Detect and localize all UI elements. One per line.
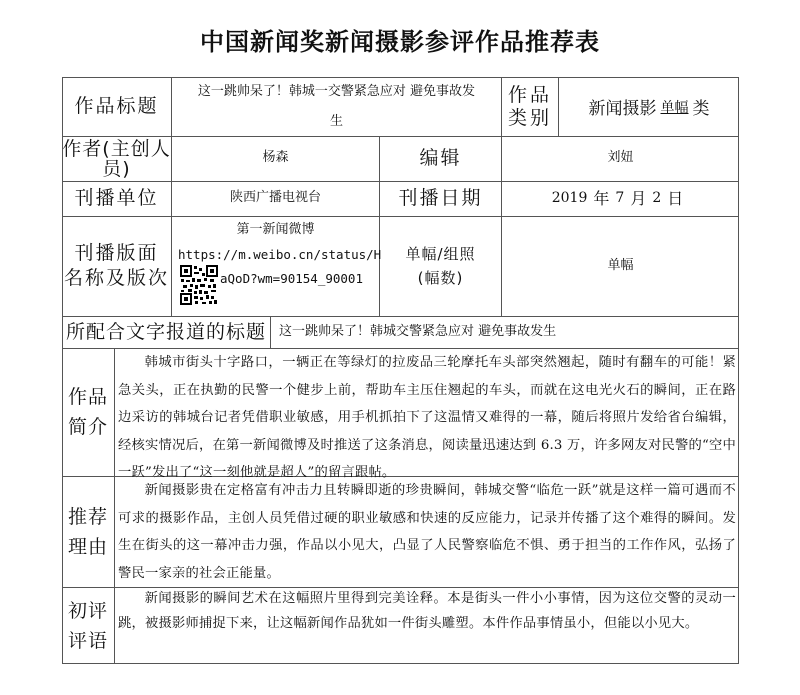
editor-label: 编辑 [380, 136, 501, 181]
author-label-line2: 员) [102, 159, 130, 179]
review-text: 新闻摄影的瞬间艺术在这幅照片里得到完美诠释。本是街头一件小小事情，因为这位交警的… [118, 586, 736, 636]
review-label-line1: 初评 [68, 596, 108, 626]
photo-type-value: 单幅 [502, 216, 739, 316]
author-value: 杨森 [172, 136, 379, 181]
category-suffix: 类 [693, 94, 710, 119]
summary-label-line1: 作品 [68, 382, 108, 412]
publisher-label: 刊播单位 [62, 181, 171, 216]
photo-type-label: 单幅/组照 (幅数) [380, 216, 501, 316]
category-prefix: 新闻摄影 [589, 94, 657, 119]
qr-code-icon [180, 265, 218, 305]
work-title-line2: 生 [330, 107, 343, 137]
date-day: 2 [652, 187, 661, 209]
summary-label: 作品 简介 [62, 348, 114, 476]
edition-label: 刊播版面 名称及版次 [62, 216, 171, 316]
work-title-line1: 这一跳帅呆了！韩城一交警紧急应对 避免事故发 [198, 77, 475, 107]
edition-url-line2: aQoD?wm=90154_90001 [220, 271, 363, 286]
edition-name: 第一新闻微博 [172, 220, 379, 241]
date-month: 7 [615, 187, 624, 209]
work-title-label: 作品标题 [62, 77, 171, 136]
date-month-unit: 月 [630, 186, 646, 212]
category-label-line2: 类别 [508, 107, 552, 130]
edition-label-line1: 刊播版面 [74, 241, 158, 266]
recommendation-text: 新闻摄影贵在定格富有冲击力且转瞬即逝的珍贵瞬间，韩城交警“临危一跃”就是这样一篇… [118, 477, 736, 587]
date-day-unit: 日 [667, 186, 683, 212]
category-type: 单幅 [657, 97, 693, 117]
category-label: 作品 类别 [502, 77, 558, 136]
author-label-line1: 作者(主创人 [62, 139, 170, 159]
recommendation-label-line2: 理由 [68, 532, 108, 562]
author-label: 作者(主创人 员) [62, 136, 171, 181]
date-year-unit: 年 [593, 186, 609, 212]
edition-value: 第一新闻微博 https://m.weibo.cn/status/H [172, 216, 379, 316]
recommendation-label-line1: 推荐 [68, 502, 108, 532]
category-label-line1: 作品 [508, 84, 552, 107]
publish-date-value: 2019 年 7 月 2 日 [502, 181, 739, 216]
work-title-label-text: 作品标题 [74, 95, 158, 118]
date-year: 2019 [552, 187, 588, 209]
photo-type-label-line1: 单幅/组照 [405, 242, 475, 266]
work-title-value: 这一跳帅呆了！韩城一交警紧急应对 避免事故发 生 [172, 77, 501, 136]
editor-value: 刘妞 [502, 136, 739, 181]
report-title-value: 这一跳帅呆了！韩城交警紧急应对 避免事故发生 [271, 316, 739, 348]
summary-text: 韩城市街头十字路口，一辆正在等绿灯的拉废品三轮摩托车头部突然翘起，随时有翻车的可… [118, 349, 736, 487]
col-divider [114, 348, 115, 664]
document-title: 中国新闻奖新闻摄影参评作品推荐表 [0, 22, 800, 57]
summary-label-line2: 简介 [68, 412, 108, 442]
publish-date-label: 刊播日期 [380, 181, 501, 216]
edition-url-line1: https://m.weibo.cn/status/H [178, 247, 381, 262]
photo-type-label-line2: (幅数) [418, 266, 464, 290]
report-title-label: 所配合文字报道的标题 [62, 316, 270, 348]
recommendation-label: 推荐 理由 [62, 476, 114, 587]
review-label: 初评 评语 [62, 587, 114, 664]
category-value: 新闻摄影 单幅 类 [559, 77, 739, 136]
review-label-line2: 评语 [68, 626, 108, 656]
publisher-value: 陕西广播电视台 [172, 181, 379, 216]
edition-label-line2: 名称及版次 [64, 266, 169, 291]
